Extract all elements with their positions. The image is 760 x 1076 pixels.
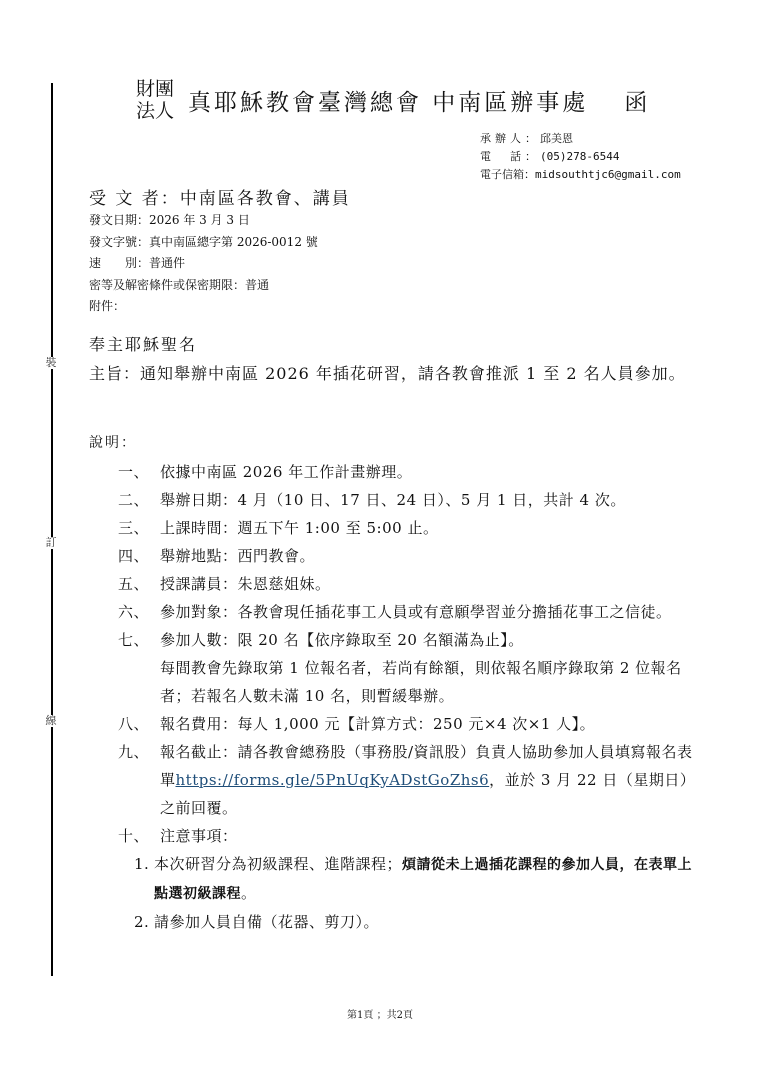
- attachment: 附件：: [89, 296, 318, 318]
- explanation-list: 一、 依據中南區 2026 年工作計畫辦理。 二、 舉辦日期：4 月（10 日、…: [118, 458, 698, 936]
- contact-handler: 承辦人： 邱美恩: [480, 130, 681, 148]
- item-text: 報名費用：每人 1,000 元【計算方式：250 元×4 次×1 人】。: [160, 710, 698, 738]
- item-text: 授課講員：朱恩慈姐妹。: [160, 570, 698, 598]
- item-number: 四、: [118, 542, 160, 570]
- subject: 主旨： 通知舉辦中南區 2026 年插花研習，請各教會推派 1 至 2 名人員參…: [89, 360, 699, 387]
- item-body: 參加人數：限 20 名【依序錄取至 20 名額滿為止】。 每間教會先錄取第 1 …: [160, 626, 698, 710]
- org-type-line1: 財團: [136, 78, 178, 100]
- item-text: 參加對象：各教會現任插花事工人員或有意願學習並分擔插花事工之信徒。: [160, 598, 698, 626]
- item-extra: 每間教會先錄取第 1 位報名者，若尚有餘額，則依報名順序錄取第 2 位報名者；若…: [160, 654, 698, 710]
- item-text: 依據中南區 2026 年工作計畫辦理。: [160, 458, 698, 486]
- doc-type: 函: [624, 84, 647, 117]
- letterhead: 財團 法人 真耶穌教會臺灣總會 中南區辦事處 函: [136, 78, 647, 122]
- item-text: 參加人數：限 20 名【依序錄取至 20 名額滿為止】。: [160, 626, 698, 654]
- document-meta: 發文日期：2026 年 3 月 3 日 發文字號：真中南區總字第 2026-00…: [89, 210, 318, 318]
- item-text: 上課時間：週五下午 1:00 至 5:00 止。: [160, 514, 698, 542]
- contact-email: 電子信箱： midsouthtjc6@gmail.com: [480, 166, 681, 184]
- handler-label: 承辦人：: [480, 130, 540, 148]
- issue-number: 發文字號：真中南區總字第 2026-0012 號: [89, 232, 318, 254]
- list-item: 六、 參加對象：各教會現任插花事工人員或有意願學習並分擔插花事工之信徒。: [118, 598, 698, 626]
- note-text-end: 。: [241, 884, 257, 902]
- note-text: 本次研習分為初級課程、進階課程；煩請從未上過插花課程的參加人員，在表單上點選初級…: [154, 850, 698, 908]
- org-name: 真耶穌教會臺灣總會 中南區辦事處: [188, 84, 588, 117]
- item-body: 報名截止：請各教會總務股（事務股/資訊股）負責人協助參加人員填寫報名表單http…: [160, 738, 698, 822]
- contact-block: 承辦人： 邱美恩 電 話： (05)278-6544 電子信箱： midsout…: [480, 130, 681, 184]
- item-text: 注意事項：: [160, 822, 698, 850]
- list-item: 二、 舉辦日期：4 月（10 日、17 日、24 日）、5 月 1 日，共計 4…: [118, 486, 698, 514]
- item-number: 五、: [118, 570, 160, 598]
- item-number: 三、: [118, 514, 160, 542]
- item-number: 七、: [118, 626, 160, 710]
- greeting: 奉主耶穌聖名: [89, 332, 197, 355]
- org-type: 財團 法人: [136, 78, 178, 122]
- item-number: 十、: [118, 822, 160, 850]
- email-value[interactable]: midsouthtjc6@gmail.com: [535, 166, 681, 184]
- note-text: 請參加人員自備（花器、剪刀）。: [154, 908, 698, 936]
- binding-line: [51, 83, 53, 976]
- registration-form-link[interactable]: https://forms.gle/5PnUqKyADstGoZhs6: [176, 771, 490, 789]
- note-number: 1.: [134, 850, 154, 908]
- email-label: 電子信箱：: [480, 166, 535, 184]
- recipient: 受 文 者：中南區各教會、講員: [89, 184, 351, 209]
- list-item: 八、 報名費用：每人 1,000 元【計算方式：250 元×4 次×1 人】。: [118, 710, 698, 738]
- list-item: 四、 舉辦地點：西門教會。: [118, 542, 698, 570]
- binding-mark-zhuang: 裝: [44, 357, 58, 369]
- binding-mark-ding: 訂: [44, 537, 58, 549]
- recipient-value: 中南區各教會、講員: [180, 189, 351, 209]
- item-number: 二、: [118, 486, 160, 514]
- item-number: 九、: [118, 738, 160, 822]
- list-item: 五、 授課講員：朱恩慈姐妹。: [118, 570, 698, 598]
- item-text: 舉辦日期：4 月（10 日、17 日、24 日）、5 月 1 日，共計 4 次。: [160, 486, 698, 514]
- phone-value: (05)278-6544: [540, 148, 619, 166]
- delivery-speed: 速 別：普通件: [89, 253, 318, 275]
- note-item: 2. 請參加人員自備（花器、剪刀）。: [134, 908, 698, 936]
- page-number: 第1頁 ；共2頁: [0, 1006, 760, 1021]
- list-item: 七、 參加人數：限 20 名【依序錄取至 20 名額滿為止】。 每間教會先錄取第…: [118, 626, 698, 710]
- explanation-label: 說明：: [89, 432, 137, 452]
- list-item: 九、 報名截止：請各教會總務股（事務股/資訊股）負責人協助參加人員填寫報名表單h…: [118, 738, 698, 822]
- binding-mark-xian: 線: [44, 715, 58, 727]
- issue-date: 發文日期：2026 年 3 月 3 日: [89, 210, 318, 232]
- item-number: 八、: [118, 710, 160, 738]
- note-number: 2.: [134, 908, 154, 936]
- note-text-plain: 本次研習分為初級課程、進階課程；: [154, 855, 402, 873]
- org-type-line2: 法人: [136, 100, 178, 122]
- recipient-label: 受 文 者：: [89, 189, 180, 209]
- contact-phone: 電 話： (05)278-6544: [480, 148, 681, 166]
- note-item: 1. 本次研習分為初級課程、進階課程；煩請從未上過插花課程的參加人員，在表單上點…: [134, 850, 698, 908]
- subject-label: 主旨：: [89, 360, 140, 387]
- item-number: 六、: [118, 598, 160, 626]
- phone-label: 電 話：: [480, 148, 540, 166]
- list-item: 三、 上課時間：週五下午 1:00 至 5:00 止。: [118, 514, 698, 542]
- subject-text: 通知舉辦中南區 2026 年插花研習，請各教會推派 1 至 2 名人員參加。: [140, 360, 699, 387]
- item-text: 舉辦地點：西門教會。: [160, 542, 698, 570]
- list-item: 十、 注意事項：: [118, 822, 698, 850]
- item-body: 注意事項：: [160, 822, 698, 850]
- item-number: 一、: [118, 458, 160, 486]
- security-level: 密等及解密條件或保密期限：普通: [89, 275, 318, 297]
- notes-list: 1. 本次研習分為初級課程、進階課程；煩請從未上過插花課程的參加人員，在表單上點…: [134, 850, 698, 936]
- list-item: 一、 依據中南區 2026 年工作計畫辦理。: [118, 458, 698, 486]
- handler-value: 邱美恩: [540, 130, 573, 148]
